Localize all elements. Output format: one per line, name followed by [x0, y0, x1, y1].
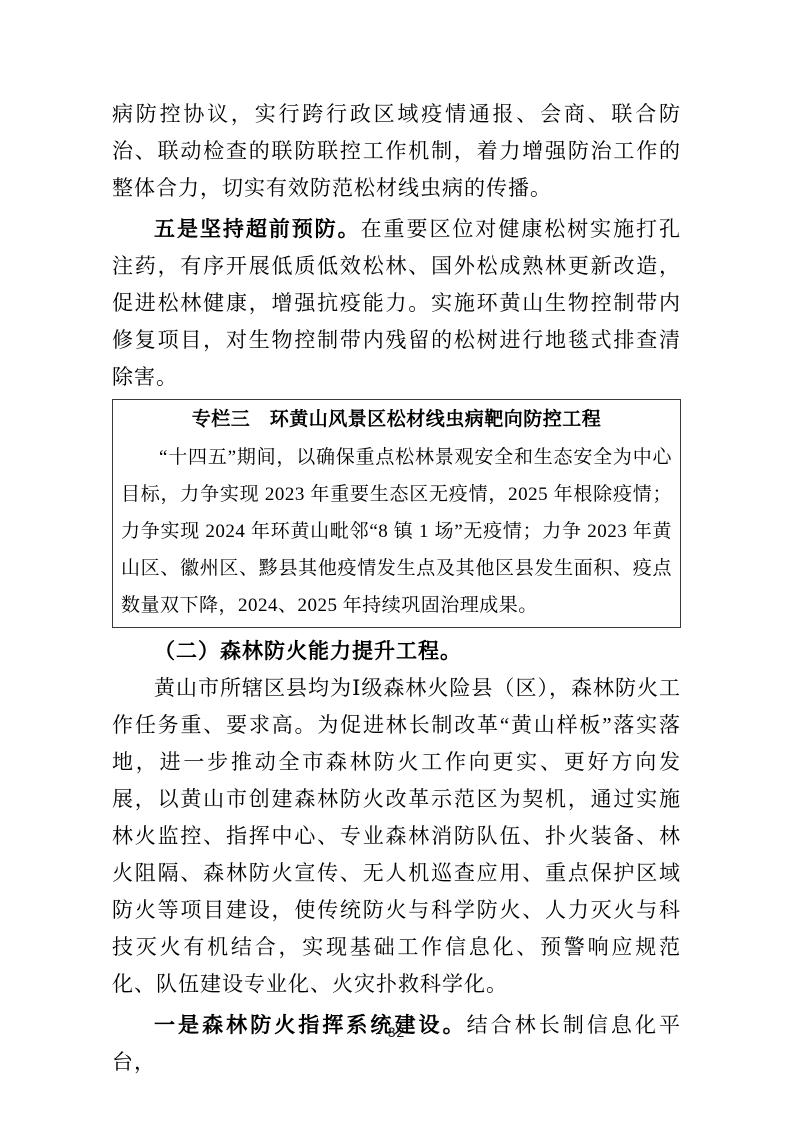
paragraph-continuation: 病防控协议，实行跨行政区域疫情通报、会商、联合防治、联动检查的联防联控工作机制，…	[112, 96, 681, 207]
section-heading-two: （二）森林防火能力提升工程。	[112, 633, 681, 670]
column-box: 专栏三 环黄山风景区松材线虫病靶向防控工程 “十四五”期间，以确保重点松林景观安…	[112, 399, 681, 628]
column-box-body: “十四五”期间，以确保重点松林景观安全和生态安全为中心目标，力争实现 2023 …	[121, 439, 672, 624]
column-box-title: 专栏三 环黄山风景区松材线虫病靶向防控工程	[121, 401, 672, 439]
document-page: 病防控协议，实行跨行政区域疫情通报、会商、联合防治、联动检查的联防联控工作机制，…	[0, 0, 793, 1122]
paragraph-fire-prevention: 黄山市所辖区县均为Ⅰ级森林火险县（区），森林防火工作任务重、要求高。为促进林长制…	[112, 670, 681, 1003]
paragraph-fire-prevention-text: 黄山市所辖区县均为Ⅰ级森林火险县（区），森林防火工作任务重、要求高。为促进林长制…	[112, 676, 681, 996]
page-number: - 32 -	[0, 1024, 793, 1040]
paragraph-five-body: 在重要区位对健康松树实施打孔注药，有序开展低质低效松林、国外松成熟林更新改造，促…	[112, 217, 681, 389]
paragraph-one-system: 一是森林防火指挥系统建设。结合林长制信息化平台，	[112, 1007, 681, 1081]
paragraph-five: 五是坚持超前预防。在重要区位对健康松树实施打孔注药，有序开展低质低效松林、国外松…	[112, 211, 681, 396]
paragraph-five-lead: 五是坚持超前预防。	[154, 217, 361, 241]
paragraph-continuation-text: 病防控协议，实行跨行政区域疫情通报、会商、联合防治、联动检查的联防联控工作机制，…	[112, 102, 681, 200]
document-content: 病防控协议，实行跨行政区域疫情通报、会商、联合防治、联动检查的联防联控工作机制，…	[112, 96, 681, 1081]
